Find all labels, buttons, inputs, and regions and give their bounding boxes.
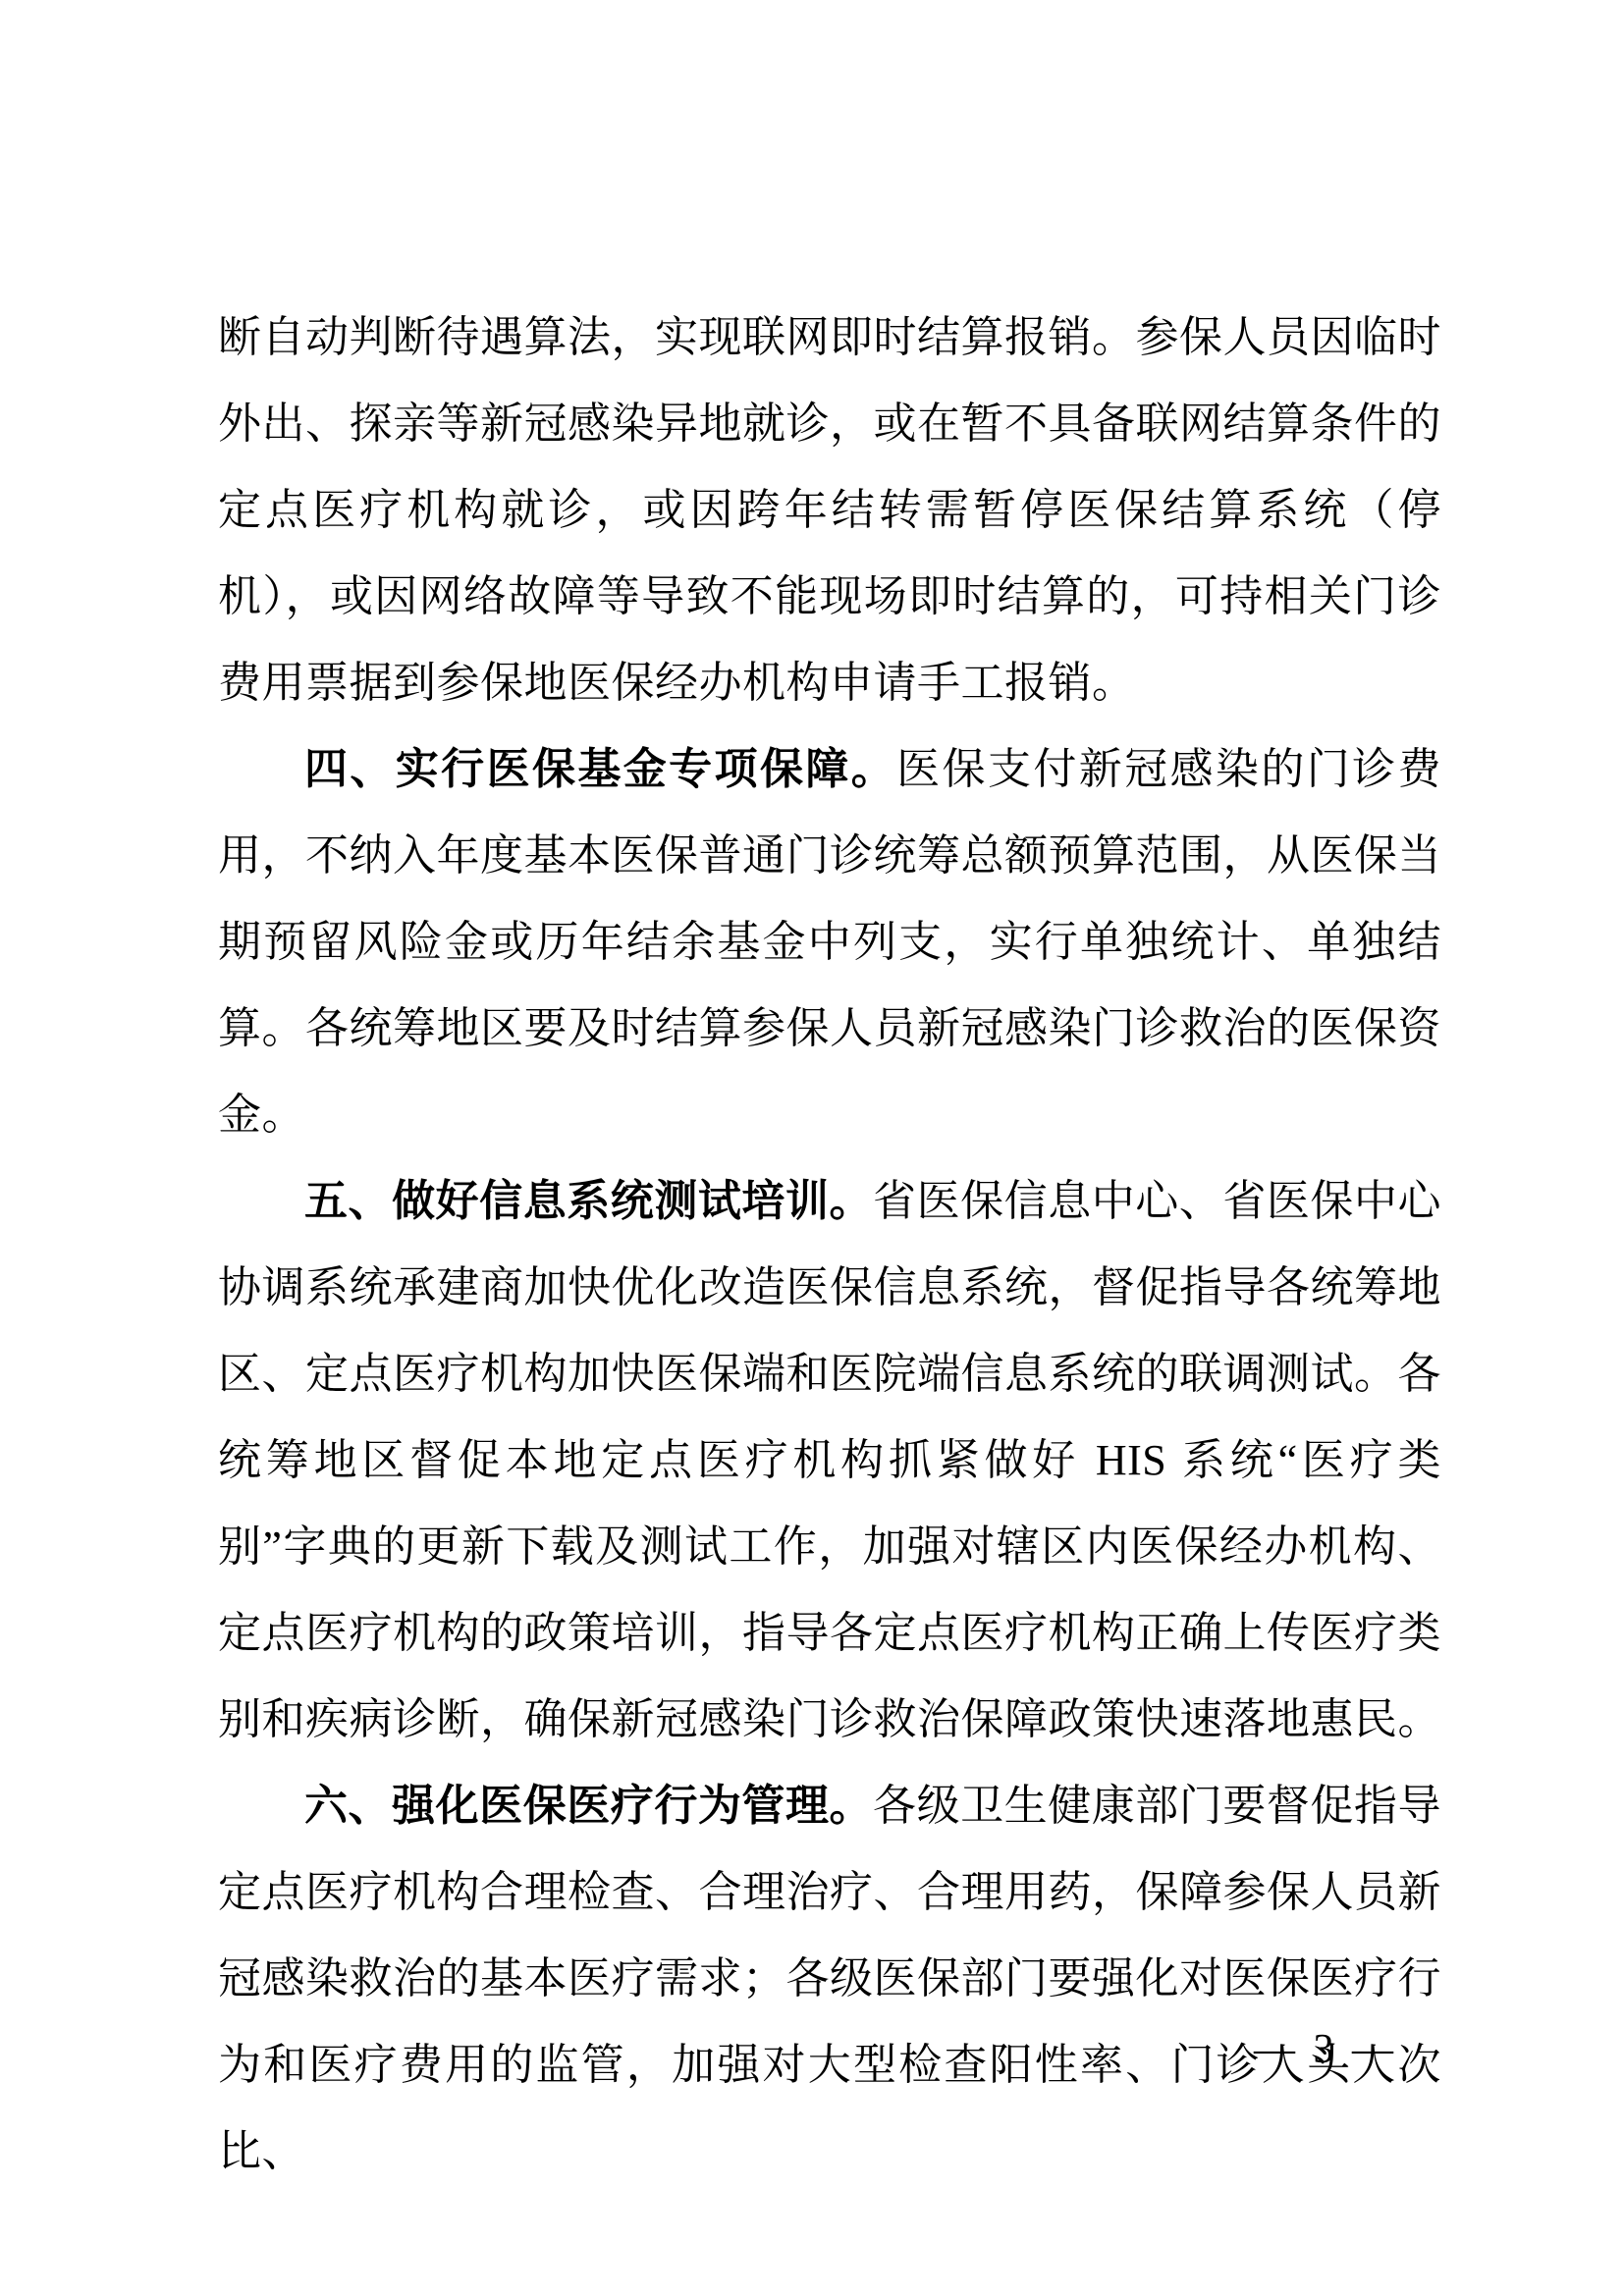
section-4-paragraph: 四、实行医保基金专项保障。医保支付新冠感染的门诊费用，不纳入年度基本医保普通门诊…: [218, 726, 1441, 1158]
section-6-heading: 六、强化医保医疗行为管理。: [304, 1782, 873, 1830]
section-5-heading: 五、做好信息系统测试培训。: [304, 1177, 873, 1225]
section-5-text: 省医保信息中心、省医保中心协调系统承建商加快优化改造医保信息系统，督促指导各统筹…: [218, 1177, 1441, 1743]
section-4-heading: 四、实行医保基金专项保障。: [304, 745, 896, 793]
document-page: 断自动判断待遇算法，实现联网即时结算报销。参保人员因临时外出、探亲等新冠感染异地…: [0, 0, 1623, 2296]
paragraph-continuation: 断自动判断待遇算法，实现联网即时结算报销。参保人员因临时外出、探亲等新冠感染异地…: [218, 294, 1441, 726]
section-6-text: 各级卫生健康部门要督促指导定点医疗机构合理检查、合理治疗、合理用药，保障参保人员…: [218, 1782, 1441, 2175]
section-4-text: 医保支付新冠感染的门诊费用，不纳入年度基本医保普通门诊统筹总额预算范围，从医保当…: [218, 745, 1441, 1139]
section-5-paragraph: 五、做好信息系统测试培训。省医保信息中心、省医保中心协调系统承建商加快优化改造医…: [218, 1158, 1441, 1763]
document-body: 断自动判断待遇算法，实现联网即时结算报销。参保人员因临时外出、探亲等新冠感染异地…: [218, 294, 1441, 2195]
page-number: — 3 —: [1217, 2020, 1434, 2079]
paragraph-continuation-text: 断自动判断待遇算法，实现联网即时结算报销。参保人员因临时外出、探亲等新冠感染异地…: [218, 313, 1441, 707]
section-6-paragraph: 六、强化医保医疗行为管理。各级卫生健康部门要督促指导定点医疗机构合理检查、合理治…: [218, 1763, 1441, 2195]
